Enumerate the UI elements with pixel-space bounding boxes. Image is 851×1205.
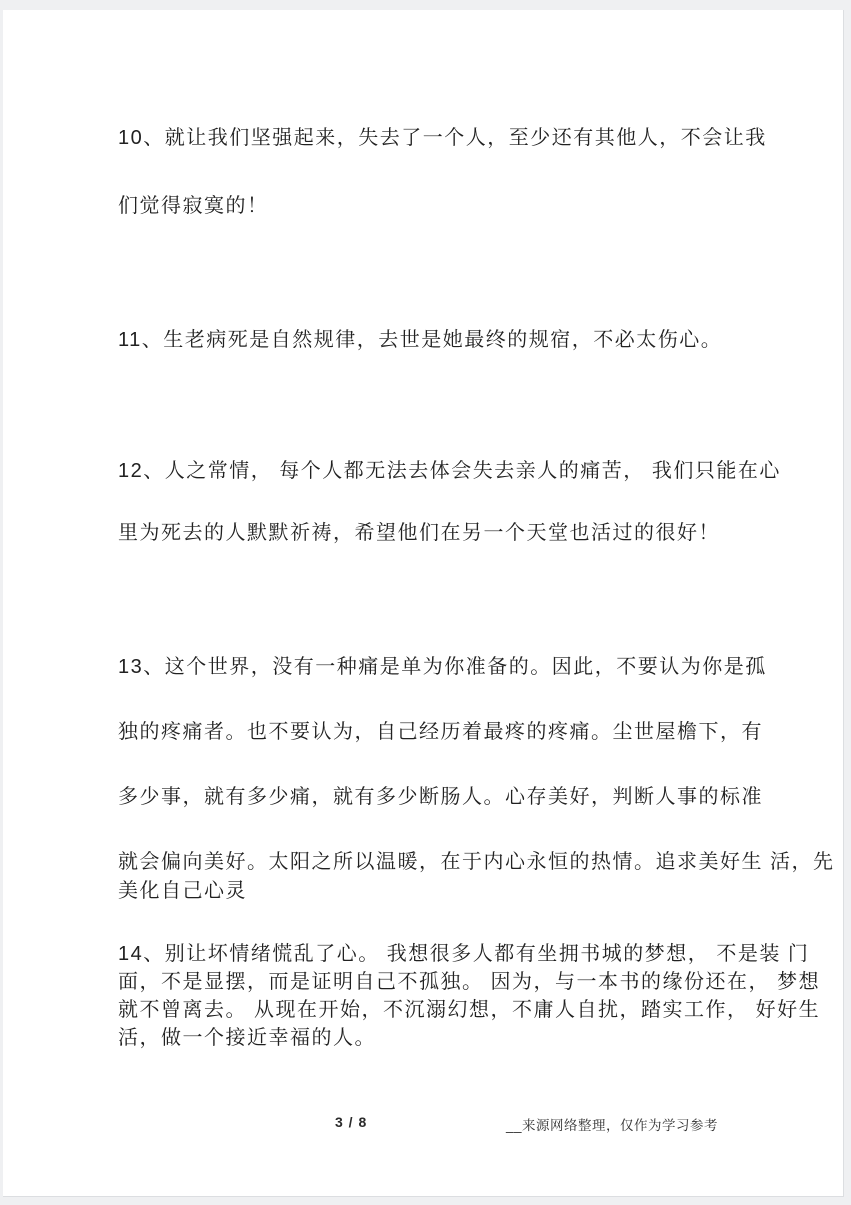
quote-13-tail: 就会偏向美好。太阳之所以温暖，在于内心永恒的热情。追求美好生 活，先 美化自己心… [118, 848, 835, 906]
quote-13-main: 13、这个世界，没有一种痛是单为你准备的。因此，不要认为你是孤 独的疼痛者。也不… [118, 635, 767, 830]
page-number-indicator: 3 / 8 [335, 1114, 367, 1130]
page-footer: 3 / 8 __来源网络整理，仅作为学习参考 [3, 1110, 843, 1134]
quote-10: 10、就让我们坚强起来，失去了一个人，至少还有其他人，不会让我 们觉得寂寞的！ [118, 104, 767, 240]
document-page: 10、就让我们坚强起来，失去了一个人，至少还有其他人，不会让我 们觉得寂寞的！ … [3, 10, 844, 1197]
quote-11: 11、生老病死是自然规律，去世是她最终的规宿，不必太伤心。 [118, 308, 722, 373]
quote-14: 14、别让坏情绪慌乱了心。 我想很多人都有坐拥书城的梦想， 不是装 门 面，不是… [118, 940, 820, 1052]
source-note: __来源网络整理，仅作为学习参考 [506, 1114, 718, 1134]
quote-12: 12、人之常情， 每个人都无法去体会失去亲人的痛苦， 我们只能在心 里为死去的人… [118, 440, 781, 564]
